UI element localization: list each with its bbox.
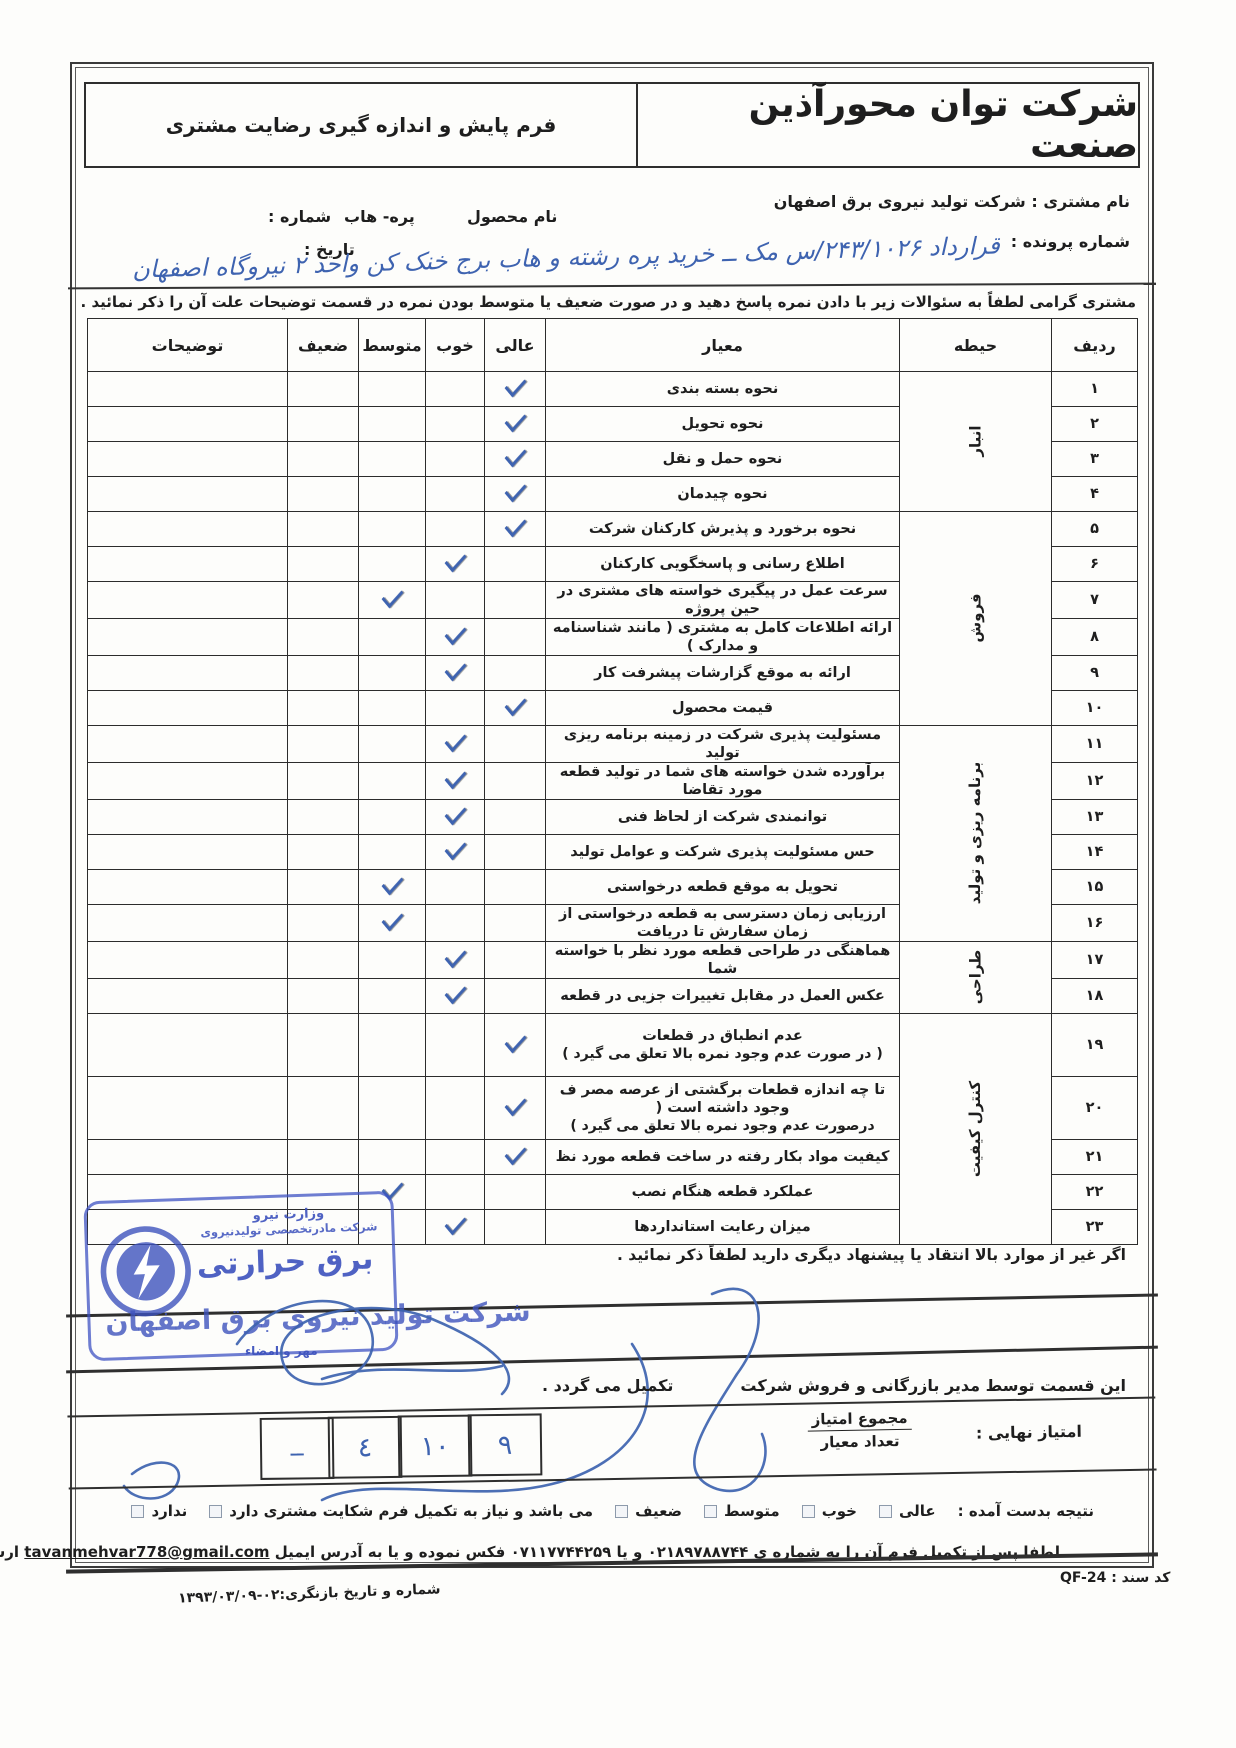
pen-checkmark xyxy=(444,944,466,969)
notes-cell[interactable] xyxy=(88,726,288,763)
rating-excellent-cell[interactable] xyxy=(485,512,546,547)
rating-excellent-cell[interactable] xyxy=(485,1140,546,1175)
rating-weak-cell[interactable] xyxy=(288,800,359,835)
pen-checkmark xyxy=(444,548,466,573)
criterion-cell: نحوه چیدمان xyxy=(546,477,900,512)
rating-medium-cell[interactable] xyxy=(359,763,426,800)
rating-good-cell[interactable] xyxy=(426,1014,485,1077)
rating-weak-cell[interactable] xyxy=(288,619,359,656)
rating-good-cell[interactable] xyxy=(426,407,485,442)
rating-excellent-cell[interactable] xyxy=(485,442,546,477)
row-number: ۴ xyxy=(1052,477,1138,512)
rating-weak-cell[interactable] xyxy=(288,979,359,1014)
score-box-good[interactable]: ۱۰ xyxy=(398,1415,473,1478)
score-box-weak[interactable]: ــ xyxy=(260,1417,335,1480)
result-option-excellent: عالی xyxy=(879,1502,936,1520)
rating-good-cell[interactable] xyxy=(426,512,485,547)
notes-cell[interactable] xyxy=(88,835,288,870)
result-weak-text: ضعیف xyxy=(635,1502,682,1520)
notes-cell[interactable] xyxy=(88,1140,288,1175)
criterion-cell: اطلاع رسانی و پاسخگویی کارکنان xyxy=(546,547,900,582)
document-code: کد سند : QF-24 xyxy=(1060,1570,1170,1586)
final-score-label: امتیاز نهایی : xyxy=(976,1422,1082,1443)
rating-medium-cell[interactable] xyxy=(359,512,426,547)
pen-checkmark xyxy=(381,907,403,932)
pen-checkmark xyxy=(504,1092,526,1117)
notes-cell[interactable] xyxy=(88,979,288,1014)
rating-good-cell[interactable] xyxy=(426,763,485,800)
header-criterion: معیار xyxy=(546,319,900,372)
criticism-note: اگر غیر از موارد بالا انتقاد یا پیشنهاد … xyxy=(617,1246,1126,1264)
row-number: ۲۳ xyxy=(1052,1210,1138,1245)
rating-medium-cell[interactable] xyxy=(359,442,426,477)
pen-checkmark xyxy=(444,801,466,826)
divider-line xyxy=(68,283,1156,290)
pen-checkmark xyxy=(504,513,526,538)
rating-excellent-cell[interactable] xyxy=(485,763,546,800)
notes-cell[interactable] xyxy=(88,619,288,656)
rating-good-cell[interactable] xyxy=(426,835,485,870)
criterion-cell: نحوه حمل و نقل xyxy=(546,442,900,477)
notes-cell[interactable] xyxy=(88,763,288,800)
criteria-tbody: ۱ انبارنحوه بسته بندی ۲ نحوه تحویل ۳ نحو… xyxy=(88,372,1138,1245)
rating-good-cell[interactable] xyxy=(426,372,485,407)
table-header-row: ردیف حیطه معیار عالی خوب متوسط ضعیف توضی… xyxy=(88,319,1138,372)
row-number: ۲۰ xyxy=(1052,1077,1138,1140)
rating-good-cell[interactable] xyxy=(426,1210,485,1245)
row-number: ۱۳ xyxy=(1052,800,1138,835)
pen-checkmark xyxy=(444,765,466,790)
rating-weak-cell[interactable] xyxy=(288,1077,359,1140)
customer-name-label: نام مشتری : شرکت تولید نیروی برق اصفهان xyxy=(774,192,1130,211)
rating-good-cell[interactable] xyxy=(426,1077,485,1140)
row-number: ۱ xyxy=(1052,372,1138,407)
rating-good-cell[interactable] xyxy=(426,1175,485,1210)
criterion-cell: نحوه بسته بندی xyxy=(546,372,900,407)
rating-good-cell[interactable] xyxy=(426,477,485,512)
rating-medium-cell[interactable] xyxy=(359,726,426,763)
manager-section-note: این قسمت توسط مدیر بازرگانی و فروش شرکت xyxy=(740,1376,1126,1395)
rating-weak-cell[interactable] xyxy=(288,763,359,800)
notes-cell[interactable] xyxy=(88,512,288,547)
criterion-cell: نحوه تحویل xyxy=(546,407,900,442)
result-label: نتیجه بدست آمده : xyxy=(958,1502,1094,1520)
rating-good-cell[interactable] xyxy=(426,691,485,726)
criterion-cell: مسئولیت پذیری شرکت در زمینه برنامه ریزی … xyxy=(546,726,900,763)
result-option-weak: ضعیف xyxy=(615,1502,682,1520)
score-box-excellent[interactable]: ۹ xyxy=(468,1413,543,1476)
criterion-cell: هماهنگی در طراحی قطعه مورد نظر با خواسته… xyxy=(546,942,900,979)
rating-excellent-cell[interactable] xyxy=(485,1077,546,1140)
rating-good-cell[interactable] xyxy=(426,656,485,691)
pen-checkmark xyxy=(381,584,403,609)
result-excellent-text: عالی xyxy=(899,1502,936,1520)
notes-cell[interactable] xyxy=(88,656,288,691)
row-number: ۱۴ xyxy=(1052,835,1138,870)
stamp-thermal-text: برق حرارتی xyxy=(177,1241,393,1283)
rating-medium-cell[interactable] xyxy=(359,582,426,619)
rating-good-cell[interactable] xyxy=(426,1140,485,1175)
pen-checkmark xyxy=(444,1211,466,1236)
criterion-cell: تا چه اندازه قطعات برگشتی از عرصه مصر ف … xyxy=(546,1077,900,1140)
pen-checkmark xyxy=(504,443,526,468)
rating-weak-cell[interactable] xyxy=(288,477,359,512)
form-frame: شرکت توان محورآذین صنعت فرم پایش و انداز… xyxy=(70,62,1154,1568)
row-number: ۱۰ xyxy=(1052,691,1138,726)
rating-excellent-cell[interactable] xyxy=(485,477,546,512)
rating-medium-cell[interactable] xyxy=(359,800,426,835)
company-name: شرکت توان محورآذین صنعت xyxy=(636,84,1138,166)
criterion-cell: عملکرد قطعه هنگام نصب xyxy=(546,1175,900,1210)
rating-weak-cell[interactable] xyxy=(288,726,359,763)
criterion-cell: تحویل به موقع قطعه درخواستی xyxy=(546,870,900,905)
rating-medium-cell[interactable] xyxy=(359,979,426,1014)
rating-medium-cell[interactable] xyxy=(359,691,426,726)
rating-medium-cell[interactable] xyxy=(359,1014,426,1077)
pen-checkmark xyxy=(504,478,526,503)
result-option-medium: متوسط xyxy=(704,1502,780,1520)
domain-cell: فروش xyxy=(900,512,1052,726)
rating-good-cell[interactable] xyxy=(426,547,485,582)
rating-excellent-cell[interactable] xyxy=(485,372,546,407)
rating-medium-cell[interactable] xyxy=(359,547,426,582)
fraction-top: مجموع امتیاز xyxy=(807,1409,911,1432)
table-row: ۱ انبارنحوه بسته بندی xyxy=(88,372,1138,407)
pen-checkmark xyxy=(504,373,526,398)
notes-cell[interactable] xyxy=(88,1014,288,1077)
rating-excellent-cell[interactable] xyxy=(485,1014,546,1077)
rating-good-cell[interactable] xyxy=(426,800,485,835)
criterion-cell: توانمندی شرکت از لحاظ فنی xyxy=(546,800,900,835)
criterion-cell: قیمت محصول xyxy=(546,691,900,726)
row-number: ۱۷ xyxy=(1052,942,1138,979)
domain-cell: برنامه ریزی و تولید xyxy=(900,726,1052,942)
rating-weak-cell[interactable] xyxy=(288,656,359,691)
customer-value-text: شرکت تولید نیروی برق اصفهان xyxy=(774,192,1026,211)
table-row: ۱۱ برنامه ریزی و تولیدمسئولیت پذیری شرکت… xyxy=(88,726,1138,763)
notes-cell[interactable] xyxy=(88,905,288,942)
result-medium-text: متوسط xyxy=(724,1502,780,1520)
rating-medium-cell[interactable] xyxy=(359,835,426,870)
row-number: ۱۹ xyxy=(1052,1014,1138,1077)
pen-checkmark xyxy=(504,408,526,433)
checkbox-excellent[interactable] xyxy=(879,1505,892,1518)
product-name-value: پره- هاب xyxy=(344,207,415,226)
rating-excellent-cell[interactable] xyxy=(485,979,546,1014)
pen-checkmark xyxy=(444,836,466,861)
criterion-cell: برآورده شدن خواسته های شما در تولید قطعه… xyxy=(546,763,900,800)
rating-excellent-cell[interactable] xyxy=(485,905,546,942)
rating-good-cell[interactable] xyxy=(426,979,485,1014)
rating-excellent-cell[interactable] xyxy=(485,800,546,835)
notes-cell[interactable] xyxy=(88,372,288,407)
rating-weak-cell[interactable] xyxy=(288,870,359,905)
header-domain: حیطه xyxy=(900,319,1052,372)
seal-signature-label: مهر و امضاء xyxy=(245,1344,318,1358)
pen-checkmark xyxy=(381,871,403,896)
rating-medium-cell[interactable] xyxy=(359,1140,426,1175)
rating-excellent-cell[interactable] xyxy=(485,547,546,582)
rating-weak-cell[interactable] xyxy=(288,407,359,442)
notes-cell[interactable] xyxy=(88,870,288,905)
pen-checkmark xyxy=(444,728,466,753)
pen-checkmark xyxy=(504,692,526,717)
notes-cell[interactable] xyxy=(88,477,288,512)
email-link[interactable]: tavanmehvar778@gmail.com xyxy=(24,1543,269,1561)
domain-cell: کنترل کیفیت xyxy=(900,1014,1052,1245)
header-good: خوب xyxy=(426,319,485,372)
rating-weak-cell[interactable] xyxy=(288,835,359,870)
form-header: شرکت توان محورآذین صنعت فرم پایش و انداز… xyxy=(84,82,1140,168)
rating-weak-cell[interactable] xyxy=(288,1014,359,1077)
domain-cell: طراحی xyxy=(900,942,1052,1014)
row-number: ۳ xyxy=(1052,442,1138,477)
pen-checkmark xyxy=(444,621,466,646)
fraction-bottom: تعداد معیار xyxy=(808,1430,912,1452)
rating-good-cell[interactable] xyxy=(426,870,485,905)
criterion-cell: عدم انطباق در قطعات( در صورت عدم وجود نم… xyxy=(546,1014,900,1077)
row-number: ۱۶ xyxy=(1052,905,1138,942)
criterion-cell: عکس العمل در مقابل تغییرات جزیی در قطعه xyxy=(546,979,900,1014)
rating-medium-cell[interactable] xyxy=(359,656,426,691)
checkbox-good[interactable] xyxy=(802,1505,815,1518)
criterion-cell: ارائه اطلاعات کامل به مشتری ( مانند شناس… xyxy=(546,619,900,656)
customer-label-text: نام مشتری : xyxy=(1031,192,1130,211)
criterion-cell: نحوه برخورد و پذیرش کارکنان شرکت xyxy=(546,512,900,547)
review-number-date: شماره و تاریخ بازنگری:۰۲-۱۳۹۳/۰۳/۰۹ xyxy=(178,1581,441,1606)
rating-good-cell[interactable] xyxy=(426,582,485,619)
final-score-strip: امتیاز نهایی : مجموع امتیاز تعداد معیار … xyxy=(67,1397,1156,1490)
row-number: ۱۲ xyxy=(1052,763,1138,800)
row-number: ۹ xyxy=(1052,656,1138,691)
notes-cell[interactable] xyxy=(88,942,288,979)
rating-weak-cell[interactable] xyxy=(288,372,359,407)
header-notes: توضیحات xyxy=(88,319,288,372)
result-option-needs-complaint: می باشد و نیاز به تکمیل فرم شکایت مشتری … xyxy=(209,1502,593,1520)
rating-medium-cell[interactable] xyxy=(359,1077,426,1140)
row-number: ۶ xyxy=(1052,547,1138,582)
rating-excellent-cell[interactable] xyxy=(485,407,546,442)
rating-weak-cell[interactable] xyxy=(288,691,359,726)
number-label: شماره : xyxy=(268,207,331,226)
header-weak: ضعیف xyxy=(288,319,359,372)
rating-medium-cell[interactable] xyxy=(359,905,426,942)
rating-good-cell[interactable] xyxy=(426,905,485,942)
pen-checkmark xyxy=(444,657,466,682)
notes-cell[interactable] xyxy=(88,442,288,477)
criterion-cell: میزان رعایت استانداردها xyxy=(546,1210,900,1245)
rating-excellent-cell[interactable] xyxy=(485,1175,546,1210)
rating-medium-cell[interactable] xyxy=(359,477,426,512)
table-row: ۱۷ طراحیهماهنگی در طراحی قطعه مورد نظر ب… xyxy=(88,942,1138,979)
row-number: ۸ xyxy=(1052,619,1138,656)
header-medium: متوسط xyxy=(359,319,426,372)
row-number: ۵ xyxy=(1052,512,1138,547)
pen-checkmark xyxy=(504,1141,526,1166)
rating-weak-cell[interactable] xyxy=(288,442,359,477)
rating-medium-cell[interactable] xyxy=(359,372,426,407)
scanned-form-page: شرکت توان محورآذین صنعت فرم پایش و انداز… xyxy=(0,0,1236,1748)
rating-medium-cell[interactable] xyxy=(359,942,426,979)
notes-cell[interactable] xyxy=(88,407,288,442)
checkbox-no-complaint[interactable] xyxy=(131,1505,144,1518)
result-needs-text: می باشد و نیاز به تکمیل فرم شکایت مشتری … xyxy=(229,1502,593,1520)
rating-excellent-cell[interactable] xyxy=(485,656,546,691)
row-number: ۱۵ xyxy=(1052,870,1138,905)
row-number: ۱۱ xyxy=(1052,726,1138,763)
header-excellent: عالی xyxy=(485,319,546,372)
checkbox-medium[interactable] xyxy=(704,1505,717,1518)
rating-weak-cell[interactable] xyxy=(288,1140,359,1175)
result-good-text: خوب xyxy=(822,1502,857,1520)
pen-checkmark xyxy=(504,1029,526,1054)
table-row: ۱۹ کنترل کیفیتعدم انطباق در قطعات( در صو… xyxy=(88,1014,1138,1077)
rating-excellent-cell[interactable] xyxy=(485,726,546,763)
fax-text-post: ارسال فرمایید. xyxy=(0,1543,19,1561)
notes-cell[interactable] xyxy=(88,691,288,726)
rating-good-cell[interactable] xyxy=(426,619,485,656)
row-number: ۲۲ xyxy=(1052,1175,1138,1210)
notes-cell[interactable] xyxy=(88,547,288,582)
rating-excellent-cell[interactable] xyxy=(485,1210,546,1245)
criterion-cell: سرعت عمل در پیگیری خواسته های مشتری در ح… xyxy=(546,582,900,619)
rating-excellent-cell[interactable] xyxy=(485,691,546,726)
rating-excellent-cell[interactable] xyxy=(485,619,546,656)
rating-weak-cell[interactable] xyxy=(288,905,359,942)
result-line: نتیجه بدست آمده : عالی خوب متوسط ضعیف می… xyxy=(96,1502,1094,1520)
score-fraction: مجموع امتیاز تعداد معیار xyxy=(807,1409,912,1452)
checkbox-needs-complaint[interactable] xyxy=(209,1505,222,1518)
row-number: ۱۸ xyxy=(1052,979,1138,1014)
criterion-cell: حس مسئولیت پذیری شرکت و عوامل تولید xyxy=(546,835,900,870)
criteria-table: ردیف حیطه معیار عالی خوب متوسط ضعیف توضی… xyxy=(87,318,1138,1245)
rating-excellent-cell[interactable] xyxy=(485,870,546,905)
rating-weak-cell[interactable] xyxy=(288,547,359,582)
rating-excellent-cell[interactable] xyxy=(485,582,546,619)
result-option-good: خوب xyxy=(802,1502,857,1520)
row-number: ۲ xyxy=(1052,407,1138,442)
result-option-no-complaint: ندارد xyxy=(131,1502,187,1520)
rating-good-cell[interactable] xyxy=(426,726,485,763)
notes-cell[interactable] xyxy=(88,1077,288,1140)
rating-weak-cell[interactable] xyxy=(288,582,359,619)
rating-medium-cell[interactable] xyxy=(359,619,426,656)
row-number: ۷ xyxy=(1052,582,1138,619)
table-row: ۵ فروشنحوه برخورد و پذیرش کارکنان شرکت xyxy=(88,512,1138,547)
rating-medium-cell[interactable] xyxy=(359,407,426,442)
criterion-cell: ارزیابی زمان دسترسی به قطعه درخواستی از … xyxy=(546,905,900,942)
domain-cell: انبار xyxy=(900,372,1052,512)
result-none-text: ندارد xyxy=(151,1502,187,1520)
notes-cell[interactable] xyxy=(88,800,288,835)
row-number: ۲۱ xyxy=(1052,1140,1138,1175)
criterion-cell: ارائه به موقع گزارشات پیشرفت کار xyxy=(546,656,900,691)
rating-excellent-cell[interactable] xyxy=(485,835,546,870)
pen-checkmark xyxy=(444,980,466,1005)
handwritten-case-number: قرارداد ۲۴۳/۱۰۲۶/س مک ــ خرید پره رشته و… xyxy=(132,228,1112,283)
rating-excellent-cell[interactable] xyxy=(485,942,546,979)
product-name-label: نام محصول xyxy=(467,207,557,226)
manager-section-note-2: تکمیل می گردد . xyxy=(542,1376,673,1395)
rating-good-cell[interactable] xyxy=(426,442,485,477)
score-box-medium[interactable]: ٤ xyxy=(328,1416,403,1479)
rating-good-cell[interactable] xyxy=(426,942,485,979)
criterion-cell: کیفیت مواد بکار رفته در ساخت قطعه مورد ن… xyxy=(546,1140,900,1175)
form-title: فرم پایش و اندازه گیری رضایت مشتری xyxy=(86,84,636,166)
header-row-number: ردیف xyxy=(1052,319,1138,372)
rating-weak-cell[interactable] xyxy=(288,512,359,547)
rating-weak-cell[interactable] xyxy=(288,942,359,979)
instruction-text: مشتری گرامی لطفاً به سئوالات زیر با دادن… xyxy=(81,293,1136,311)
rating-medium-cell[interactable] xyxy=(359,870,426,905)
notes-cell[interactable] xyxy=(88,582,288,619)
checkbox-weak[interactable] xyxy=(615,1505,628,1518)
